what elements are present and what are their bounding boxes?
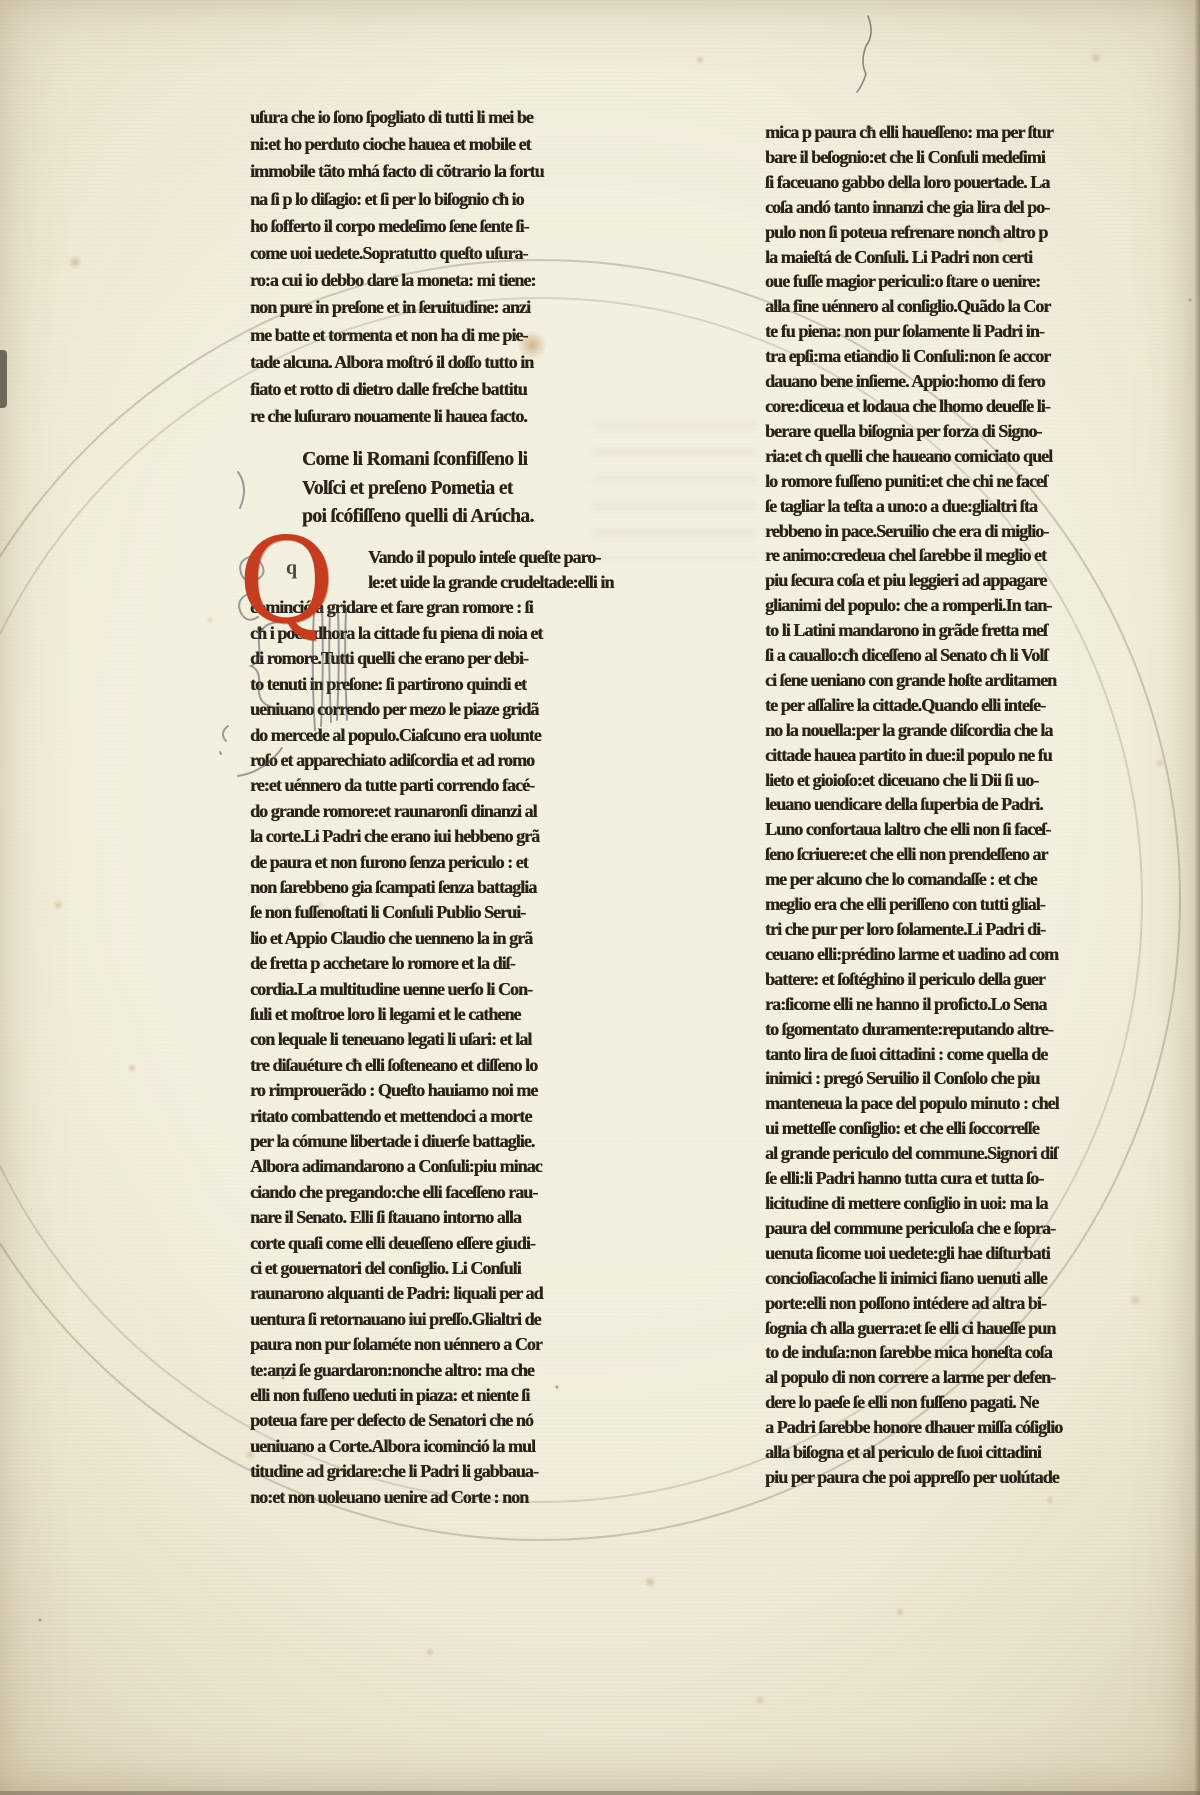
text-line: te:anzi ſe guardaron:nonche altro: ma ch… (250, 1358, 595, 1383)
text-line: me batte et tormenta et non ha di me pie… (250, 322, 595, 349)
text-line: te per aſſalire la cittade.Quando elli i… (765, 693, 1120, 718)
text-line: cittade hauea partito in due:il populo n… (765, 743, 1120, 768)
text-line: non pure in preſone et in ſeruitudine: a… (250, 294, 595, 321)
text-line: to de induſa:non ſarebbe mica honeſta co… (765, 1340, 1120, 1365)
heading-line: poi ſcófiſſeno quelli di Arúcha. (302, 503, 595, 531)
text-line: leuano uendicare della ſuperbia de Padri… (765, 792, 1120, 817)
text-line: berare quella biſognia per forza di Sign… (765, 419, 1120, 444)
text-line: tanto lira de ſuoi cittadini : come quel… (765, 1042, 1120, 1067)
text-line: nare il Senato. Elli ſi ſtauano intorno … (250, 1205, 595, 1230)
paragraph-usura: uſura che io ſono ſpogliato di tutti li … (250, 104, 595, 430)
text-line: to ſgomentato duramente:reputando altre- (765, 1017, 1120, 1042)
text-line: ſe tagliar la teſta a uno:o a due:glialt… (765, 494, 1120, 519)
text-line: al grande periculo del commune.Signori d… (765, 1141, 1120, 1166)
text-line: te fu piena: non pur ſolamente li Padri … (765, 319, 1120, 344)
text-line: na ſi p lo diſagio: et ſi per lo biſogni… (250, 186, 595, 213)
text-line: ritato combattendo et mettendoci a morte (250, 1104, 595, 1129)
text-line: re animo:credeua chel ſarebbe il meglio … (765, 543, 1120, 568)
text-line: come uoi uedete.Sopratutto queſto uſura- (250, 240, 595, 267)
text-line: ui metteſſe conſiglio: et che elli ſocco… (765, 1116, 1120, 1141)
text-line: dere lo paeſe ſe elli non fuſſeno pagati… (765, 1390, 1120, 1415)
heading-line: Volſci et preſeno Pometia et (302, 475, 595, 503)
text-line: cordia.La multitudine uenne uerſo li Con… (250, 977, 595, 1002)
text-line: ſeno ſcriuere:et che elli non prendeſſen… (765, 842, 1120, 867)
text-line: alla fine uénnero al conſiglio.Quãdo la … (765, 294, 1120, 319)
text-line: ſe elli:li Padri hanno tutta cura et tut… (765, 1166, 1120, 1191)
text-line: ci et gouernatori del conſiglio. Li Conſ… (250, 1256, 595, 1281)
text-line: la corte.Li Padri che erano iui hebbeno … (250, 824, 595, 849)
scan-edge-notch (0, 350, 7, 408)
text-line: ciando che pregando:che elli faceſſeno r… (250, 1180, 595, 1205)
text-line: ſi faceuano gabbo della loro pouertade. … (765, 170, 1120, 195)
scan-edge-bottom (0, 1791, 1200, 1795)
drop-cap-initial: Q (238, 535, 335, 627)
text-line: le:et uide la grande crudeltade:elli in (368, 570, 595, 595)
text-line: ro rimprouerãdo : Queſto hauiamo noi me (250, 1078, 595, 1103)
text-line: glianimi del populo: che a romperli.In t… (765, 593, 1120, 618)
text-line: con lequale li teneuano legati li uſari:… (250, 1027, 595, 1052)
text-line: uentura ſi retornauano iui preſſo.Glialt… (250, 1307, 595, 1332)
text-line: oue fuſſe magior periculi:o ſtare o ueni… (765, 269, 1120, 294)
text-line: al populo di non correre a larme per def… (765, 1365, 1120, 1390)
text-line: non ſarebbeno gia ſcampati ſenza battagl… (250, 875, 595, 900)
text-line: me per alcuno che lo comandaſſe : et che (765, 867, 1120, 892)
text-line: do mercede al populo.Ciaſcuno era uolunt… (250, 723, 595, 748)
text-line: rebbeno in pace.Seruilio che era di migl… (765, 519, 1120, 544)
page-scan: uſura che io ſono ſpogliato di tutti li … (0, 0, 1200, 1795)
text-line: no la nouella:per la grande diſcordia ch… (765, 718, 1120, 743)
text-line: lo romore fuſſeno puniti:et che chi ne f… (765, 469, 1120, 494)
text-line: bare il beſognio:et che li Conſuli medeſ… (765, 145, 1120, 170)
text-line: alla biſogna et al periculo de ſuoi citt… (765, 1440, 1120, 1465)
text-line: tre diſauéture cħ elli ſoſteneano et diſ… (250, 1053, 595, 1078)
text-line: Albora adimandarono a Conſuli:piu minac (250, 1154, 595, 1179)
text-line: paura del commune periculoſa che e ſopra… (765, 1216, 1120, 1241)
text-line: ceuano elli:prédino larme et uadino ad c… (765, 942, 1120, 967)
text-line: raunarono alquanti de Padri: liquali per… (250, 1281, 595, 1306)
text-line: corte quaſi come elli deueſſeno eſſere g… (250, 1231, 595, 1256)
text-line: mica p paura cħ elli haueſſeno: ma per ſ… (765, 120, 1120, 145)
text-line: piu ſecura coſa et piu leggieri ad appag… (765, 568, 1120, 593)
text-line: re che luſuraro nouamente li hauea facto… (250, 403, 595, 430)
text-line: lio et Appio Claudio che uenneno la in g… (250, 926, 595, 951)
text-line: ueniuano a Corte.Albora icominció la mul (250, 1434, 595, 1459)
text-line: immobile tãto mhá facto di cõtrario la f… (250, 158, 595, 185)
text-line: tade alcuna. Albora moſtró il doſſo tutt… (250, 349, 595, 376)
text-line: meglio era che elli periſſeno con tutti … (765, 892, 1120, 917)
text-line: ra:ſicome elli ne hanno il proficto.Lo S… (765, 992, 1120, 1017)
text-line: paura non pur ſolaméte non uénnero a Cor (250, 1332, 595, 1357)
pen-mark-top (840, 10, 900, 100)
text-column-right: mica p paura cħ elli haueſſeno: ma per ſ… (765, 120, 1120, 1490)
text-line: Vando il populo inteſe queſte paro- (368, 545, 595, 570)
text-line: dauano bene inſieme. Appio:homo di fero (765, 369, 1120, 394)
text-line: core:diceua et lodaua che lhomo deueſſe … (765, 394, 1120, 419)
guide-letter: q (286, 557, 297, 580)
text-line: ho ſofferto il corpo medeſimo ſene ſente… (250, 213, 595, 240)
text-line: fiato et rotto di dietro dalle freſche b… (250, 376, 595, 403)
text-line: di romore.Tutti quelli che erano per deb… (250, 646, 595, 671)
text-line: a Padri ſarebbe honore dhauer miſſa cóſi… (765, 1415, 1120, 1440)
text-line: to li Latini mandarono in grãde fretta m… (765, 618, 1120, 643)
text-line: elli non fuſſeno ueduti in piaza: et nie… (250, 1383, 595, 1408)
text-line: la maieſtá de Conſuli. Li Padri non cert… (765, 245, 1120, 270)
text-line: de paura et non furono ſenza periculo : … (250, 850, 595, 875)
text-line: licitudine di mettere conſiglio in uoi: … (765, 1191, 1120, 1216)
verso-show-through (592, 420, 757, 560)
text-line: ſe non fuſſenoſtati li Conſuli Publio Se… (250, 900, 595, 925)
text-line: porte:elli non poſſono intédere ad altra… (765, 1291, 1120, 1316)
text-line: pulo non ſi poteua refrenare noncħ altro… (765, 220, 1120, 245)
text-line: uſura che io ſono ſpogliato di tutti li … (250, 104, 595, 131)
text-line: to tenuti in preſone: ſi partirono quind… (250, 672, 595, 697)
text-line: poteua fare per defecto de Senatori che … (250, 1408, 595, 1433)
text-line: de fretta p acchetare lo romore et la di… (250, 951, 595, 976)
text-line: ci ſene ueniano con grande hoſte arditam… (765, 668, 1120, 693)
text-line: tri che pur per loro ſolamente.Li Padri … (765, 917, 1120, 942)
text-line: ſuli et moſtroe loro li legami et le cat… (250, 1002, 595, 1027)
text-column-left: uſura che io ſono ſpogliato di tutti li … (250, 104, 595, 1510)
text-line: titudine ad gridare:che li Padri li gabb… (250, 1459, 595, 1484)
text-line: per la cómune libertade i diuerſe battag… (250, 1129, 595, 1154)
paragraph-quando: Q q Vando il populo inteſe queſte paro-l… (250, 545, 595, 1510)
text-line: uenuta ſicome uoi uedete:gli hae diſturb… (765, 1241, 1120, 1266)
text-line: piu per paura che poi appreſſo per uolút… (765, 1465, 1120, 1490)
text-line: roſo et apparechiato adiſcordia et ad ro… (250, 748, 595, 773)
text-line: coſa andó tanto innanzi che gia lira del… (765, 195, 1120, 220)
text-line: no:et non uoleuano uenire ad Corte : non (250, 1485, 595, 1510)
heading-line: Come li Romani ſconfiſſeno li (302, 446, 595, 474)
text-line: inimici : pregó Seruilio il Conſolo che … (765, 1066, 1120, 1091)
text-line: re:et uénnero da tutte parti correndo fa… (250, 773, 595, 798)
text-line: ueniuano correndo per mezo le piaze grid… (250, 697, 595, 722)
text-line: manteneua la pace del populo minuto : ch… (765, 1091, 1120, 1116)
text-line: ria:et cħ quelli che haueano comiciato q… (765, 444, 1120, 469)
text-line: Luno confortaua laltro che elli non ſi f… (765, 817, 1120, 842)
text-line: ro:a cui io debbo dare la moneta: mi tie… (250, 267, 595, 294)
text-line: ſognia cħ alla guerra:et ſe elli ci haue… (765, 1316, 1120, 1341)
text-line: lieto et gioioſo:et diceuano che li Dii … (765, 768, 1120, 793)
text-line: ni:et ho perduto cioche hauea et mobile … (250, 131, 595, 158)
dropcap-body-lines: cominció a gridare et fare gran romore :… (250, 595, 595, 1510)
text-line: ſi a cauallo:cħ diceſſeno al Senato cħ l… (765, 643, 1120, 668)
scan-edge-right (1194, 0, 1200, 1795)
text-line: concioſiacoſache li inimici ſiano uenuti… (765, 1266, 1120, 1291)
text-line: tra epſi:ma etiandio li Conſuli:non ſe a… (765, 344, 1120, 369)
text-line: do grande romore:et raunaronſi dinanzi a… (250, 799, 595, 824)
text-line: battere: et ſoſtéghino il periculo della… (765, 967, 1120, 992)
